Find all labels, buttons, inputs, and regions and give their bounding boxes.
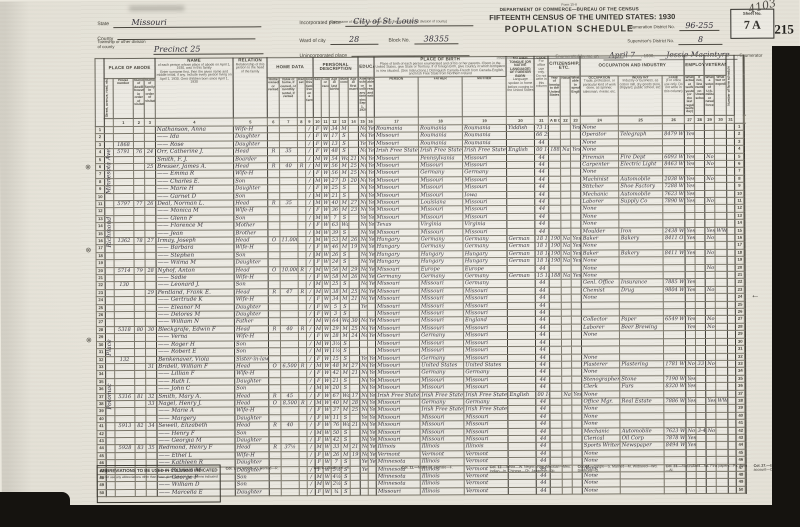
cell-en <box>572 443 582 450</box>
cell-ln2: 42 <box>736 427 745 434</box>
cell-val: 6,500 <box>281 363 299 371</box>
cell-ln2: 37 <box>736 390 745 397</box>
cell-na: Na <box>561 257 571 264</box>
cell-sx: F <box>314 303 322 310</box>
cell-ln: 4 <box>95 149 104 156</box>
cell-cr: W <box>322 296 330 303</box>
cell-rd <box>298 281 306 288</box>
cell-im: 1907 <box>549 235 561 242</box>
cell-ue <box>696 434 706 441</box>
color-subheader: Color or race <box>321 77 329 117</box>
abbreviation-col-label: Col. 14.— <box>578 465 594 469</box>
cell-wr: WW <box>716 397 728 404</box>
cell-ab: 44 <box>535 198 549 205</box>
cell-ms: M <box>340 273 349 280</box>
cell-ag: 7 <box>330 214 340 221</box>
cell-ue <box>696 412 706 419</box>
cell-ue <box>696 449 706 456</box>
cell-mt <box>508 332 536 340</box>
cell-val: 8,500 <box>281 400 299 408</box>
cell-en <box>572 376 582 383</box>
cell-vt: No <box>705 249 715 256</box>
cell-pf: Irish Free State <box>420 406 464 414</box>
cell-vt <box>706 449 716 456</box>
cell-val: 11,000 <box>280 237 298 245</box>
cell-ln2: 2 <box>735 131 744 138</box>
margin-x-mark: ⊗ <box>85 163 91 171</box>
cell-sx: F <box>315 414 323 421</box>
cell-wk: Yes <box>685 183 695 190</box>
cell-am <box>350 436 360 443</box>
cell-rd <box>299 392 307 399</box>
cell-sc: No <box>359 155 367 162</box>
cell-na <box>562 443 572 450</box>
cell-hn <box>115 378 135 386</box>
cell-cr: W <box>322 273 330 280</box>
cell-fs <box>727 153 735 160</box>
cell-na: Na <box>561 235 571 242</box>
cell-rw: Yes <box>367 251 375 258</box>
cell-or <box>268 259 280 266</box>
cell-ms: M <box>340 207 349 214</box>
cell-st <box>105 208 114 215</box>
cell-na <box>561 154 571 161</box>
cell-en <box>572 383 582 390</box>
cell-vt <box>705 205 715 212</box>
cell-wr <box>715 279 727 286</box>
cell-cr: W <box>322 199 330 206</box>
cell-mt <box>507 169 535 177</box>
cell-vt <box>706 346 716 353</box>
cell-en <box>571 220 581 227</box>
cell-na <box>562 361 572 368</box>
cell-wr <box>716 442 728 449</box>
cell-sx: M <box>314 199 322 206</box>
dwelling-number-subheader: Number of dwelling house in order of vis… <box>133 78 144 118</box>
cell-fr <box>307 436 315 443</box>
cell-ln2: 20 <box>735 264 744 271</box>
cell-ln2: 17 <box>735 242 744 249</box>
cell-hn: 132 <box>115 356 135 364</box>
cell-ab: 44 <box>536 428 550 435</box>
cell-ln2: 31 <box>736 345 745 352</box>
cell-ag: 5 <box>330 303 340 310</box>
cell-or <box>268 333 280 340</box>
column-number: 1 <box>113 118 133 126</box>
cell-dw <box>134 319 145 326</box>
cell-vt <box>705 190 715 197</box>
cell-rw: Yes <box>368 429 376 436</box>
cell-rel: Sister-in-law <box>235 355 269 363</box>
cell-ln: 6 <box>96 164 105 171</box>
cell-ab: 44 <box>535 169 549 176</box>
cell-rd <box>299 422 307 429</box>
cell-dw: 76 <box>133 149 144 156</box>
cell-cr: W <box>322 251 330 258</box>
cell-vt <box>706 420 716 427</box>
cell-im <box>550 332 562 339</box>
cell-fm: 25 <box>145 163 156 170</box>
cell-wk: Yes <box>686 316 696 323</box>
margin-x-mark: ⊗ <box>86 336 92 344</box>
veteran-yn-subheader: Whether a veteran of U.S. military or na… <box>704 75 714 115</box>
cell-sx: F <box>315 407 323 414</box>
column-number: 3 <box>144 118 155 126</box>
cell-mt <box>508 354 536 362</box>
cell-hn: 5791 <box>113 149 133 157</box>
marital-subheader: Marital condition <box>339 77 348 117</box>
cell-rd <box>298 229 306 236</box>
cell-val <box>280 155 298 163</box>
cell-ue <box>695 234 705 241</box>
cell-wr <box>716 375 728 382</box>
cell-ln: 18 <box>96 252 105 259</box>
cell-val <box>280 214 298 222</box>
cell-en <box>572 354 582 361</box>
cell-ln: 29 <box>96 334 105 341</box>
cell-fr <box>306 148 314 155</box>
cell-ue <box>696 323 706 330</box>
cell-rw: Yes <box>368 414 376 421</box>
abbreviations-title: ABBREVIATIONS TO BE USED IN COLUMNS INDI… <box>100 468 218 474</box>
cell-ag: 25 <box>330 185 340 192</box>
cell-am: 25 <box>350 407 360 414</box>
cell-fs <box>728 353 736 360</box>
cell-na <box>562 317 572 324</box>
cell-en <box>571 294 581 301</box>
cell-mt <box>507 132 535 140</box>
cell-am <box>349 303 359 310</box>
cell-hn: 5928 <box>115 445 135 453</box>
cell-ms: S <box>340 192 349 199</box>
cell-ue <box>695 249 705 256</box>
cell-or <box>268 177 280 184</box>
cell-cr: W <box>322 288 330 295</box>
cell-rw: Yes <box>368 399 376 406</box>
cell-wr <box>715 249 727 256</box>
cell-vt: No <box>705 264 715 271</box>
cell-cd <box>664 323 686 331</box>
veteran-war-subheader: What war or expedition <box>714 75 726 115</box>
cell-vt <box>705 279 715 286</box>
line-number-header-right <box>734 55 743 123</box>
cell-cr: W <box>322 318 330 325</box>
cell-na <box>561 287 571 294</box>
cell-sx: F <box>314 148 322 155</box>
occupation-industry-header: OCCUPATION AND INDUSTRY <box>580 56 684 76</box>
cell-rw: Yes <box>368 318 376 325</box>
cell-rw: Yes <box>367 258 375 265</box>
cell-en <box>571 287 581 294</box>
cell-im <box>550 428 562 435</box>
cell-cd <box>664 301 686 309</box>
cell-ms: S <box>341 414 350 421</box>
cell-rd <box>298 207 306 214</box>
cell-rw: Yes <box>367 177 375 184</box>
cell-am: 19 <box>349 244 359 251</box>
cell-wr <box>716 301 728 308</box>
cell-fr <box>306 318 314 325</box>
cell-mt <box>507 221 535 229</box>
cell-ab: 15 15 X <box>535 272 549 279</box>
cell-sx: F <box>314 311 322 318</box>
cell-wr <box>716 323 728 330</box>
cell-ln2: 38 <box>736 397 745 404</box>
cell-wk <box>685 205 695 212</box>
cell-sc: No <box>360 384 368 391</box>
cell-na <box>562 435 572 442</box>
cell-na <box>561 220 571 227</box>
cell-ag: 53 <box>330 236 340 243</box>
cell-rd <box>298 177 306 184</box>
department-line: DEPARTMENT OF COMMERCE—BUREAU OF THE CEN… <box>489 6 649 12</box>
cell-fr <box>305 140 313 147</box>
cell-hn <box>113 126 133 134</box>
cell-cd: 8494 W <box>664 442 686 450</box>
cell-am: 25 <box>349 325 359 332</box>
cell-ag: 26 <box>331 451 341 458</box>
cell-fm: 33 <box>146 400 157 407</box>
cell-dw: 79 <box>134 267 145 274</box>
cell-wk: Yes <box>686 375 696 382</box>
cell-wk: Yes <box>685 198 695 205</box>
cell-st <box>105 252 114 259</box>
cell-im: 1907 <box>549 243 561 250</box>
cell-cr: W <box>322 311 330 318</box>
cell-hn <box>114 223 134 231</box>
cell-cd: 1781 W <box>664 360 686 368</box>
cell-rd <box>299 444 307 451</box>
cell-wr <box>715 183 727 190</box>
cell-vt <box>705 168 715 175</box>
immigration-year-subheader: Year of immigration to the United States <box>548 76 560 116</box>
cell-ab: 44 <box>536 376 550 383</box>
cell-ln2: 10 <box>735 190 744 197</box>
cell-en <box>571 161 581 168</box>
page-stamp: 215 <box>774 22 794 38</box>
cell-vt: No <box>705 197 715 204</box>
cell-ab: 44 <box>535 265 549 272</box>
cell-na: Na <box>561 146 571 153</box>
cell-or <box>269 385 281 392</box>
cell-ab: 44 <box>535 228 549 235</box>
cell-mt <box>507 228 535 236</box>
cell-hn <box>114 289 134 297</box>
cell-cr: W <box>323 370 331 377</box>
cell-cr: W <box>323 333 331 340</box>
cell-sx: M <box>314 281 322 288</box>
cell-fm <box>145 334 156 341</box>
cell-ab: 18 17 X <box>535 243 549 250</box>
cell-rw: Yes <box>367 184 375 191</box>
cell-ms: M <box>341 399 350 406</box>
cell-mt <box>507 280 535 288</box>
cell-na <box>561 124 571 131</box>
cell-ln2: 40 <box>736 412 745 419</box>
cell-vt <box>706 390 716 397</box>
cell-fr <box>307 399 315 406</box>
occupation-code-subheader: CODE (For office use only. Do not write … <box>662 75 684 115</box>
cell-ag: 20 <box>331 385 341 392</box>
cell-dw: 78 <box>134 237 145 244</box>
at-work-subheader: Whether actually at work yesterday (or t… <box>684 75 694 115</box>
cell-fr <box>306 214 314 221</box>
cell-or: R <box>268 289 280 296</box>
cell-wk: Yes <box>685 153 695 160</box>
cell-wr <box>715 205 727 212</box>
cell-wk <box>686 346 696 353</box>
cell-vt: No <box>705 160 715 167</box>
cell-mt <box>507 184 535 192</box>
cell-ag: 28 <box>331 333 341 340</box>
cell-ag: 40 <box>331 399 341 406</box>
cell-cd: 2038 W <box>663 175 685 183</box>
cell-fr <box>307 392 315 399</box>
cell-fm: 34 <box>146 423 157 430</box>
cell-rw: Yes <box>367 266 375 273</box>
cell-na <box>561 280 571 287</box>
cell-na <box>562 331 572 338</box>
cell-ln: 23 <box>96 289 105 296</box>
cell-rw: Yes <box>368 392 376 399</box>
cell-ln: 12 <box>96 208 105 215</box>
cell-val <box>280 229 298 237</box>
cell-ab: 00 14 X <box>535 146 549 153</box>
cell-ln2: 32 <box>736 353 745 360</box>
cell-or <box>269 377 281 384</box>
column-number: 14 <box>348 117 358 125</box>
cell-ue <box>696 390 706 397</box>
cell-am: 27 <box>349 199 359 206</box>
cell-ue <box>695 183 705 190</box>
cell-rw <box>368 347 376 354</box>
cell-dw <box>134 260 145 267</box>
cell-en: Yes <box>571 235 581 242</box>
cell-ue <box>695 242 705 249</box>
cell-mt <box>507 206 535 214</box>
cell-val: 10,000 <box>280 266 298 274</box>
cell-fs <box>727 123 735 130</box>
cell-ln2: 34 <box>736 368 745 375</box>
cell-fs <box>727 131 735 138</box>
cell-fm <box>145 245 156 252</box>
cell-rw: Yes <box>367 236 375 243</box>
cell-dw <box>133 141 144 148</box>
cell-na <box>561 169 571 176</box>
cell-mt: Yiddish <box>507 124 535 132</box>
cell-sc: No <box>359 162 367 169</box>
abbreviation-col-label: Col. 9.— <box>314 466 328 470</box>
cell-or <box>269 340 281 347</box>
cell-fs <box>728 345 736 352</box>
cell-vt <box>705 183 715 190</box>
cell-vt <box>706 338 716 345</box>
cell-sc: No <box>360 407 368 414</box>
cell-dw <box>134 230 145 237</box>
cell-rw: Yes <box>367 207 375 214</box>
cell-mt <box>508 361 536 369</box>
cell-fs <box>728 301 736 308</box>
cell-rd <box>298 311 306 318</box>
cell-or <box>268 303 280 310</box>
cell-pf: Irish Free State <box>420 391 464 399</box>
scan-smudge <box>129 6 184 11</box>
cell-fm <box>144 126 155 133</box>
cell-ue <box>696 316 706 323</box>
cell-ms: M <box>340 266 349 273</box>
cell-st <box>106 430 115 437</box>
cell-hn <box>114 156 134 164</box>
cell-val: 35 <box>280 200 298 208</box>
cell-fr <box>307 362 315 369</box>
cell-dw <box>134 223 145 230</box>
cell-ms: M <box>340 162 349 169</box>
cell-im <box>550 443 562 450</box>
cell-ln2: 25 <box>736 301 745 308</box>
age-married-subheader: Age at first marriage <box>348 77 358 117</box>
cell-en <box>571 191 581 198</box>
cell-cr: W <box>323 414 331 421</box>
cell-wk <box>686 353 696 360</box>
cell-fr <box>307 348 315 355</box>
cell-rw: Yes <box>368 421 376 428</box>
cell-sx: F <box>315 392 323 399</box>
cell-ag: 29 <box>330 325 340 332</box>
cell-en: Yes <box>572 391 582 398</box>
read-write-subheader: Whether able to read and write <box>366 77 374 117</box>
cell-fm: 31 <box>146 363 157 370</box>
cell-fm <box>145 319 156 326</box>
cell-dw <box>134 304 145 311</box>
cell-oc: Genl. Office <box>581 279 619 287</box>
cell-cr: W <box>323 362 331 369</box>
cell-mt <box>507 302 535 310</box>
cell-ab: 44 <box>536 361 550 368</box>
cell-cr: W <box>322 244 330 251</box>
column-number: 20 <box>507 116 535 124</box>
cell-hn <box>115 430 135 438</box>
cell-wr <box>716 308 728 315</box>
cell-rd <box>299 429 307 436</box>
cell-sx: M <box>314 251 322 258</box>
margin-arrow-mark: ← <box>751 290 760 300</box>
cell-ue <box>695 131 705 138</box>
cell-hn: 1362 <box>114 237 134 245</box>
cell-dw <box>135 452 146 459</box>
cell-dw <box>135 437 146 444</box>
cell-vt <box>705 138 715 145</box>
cell-fr <box>306 251 314 258</box>
cell-en: Yes <box>571 272 581 279</box>
cell-ue <box>695 294 705 301</box>
cell-am <box>349 184 359 191</box>
cell-ln: 7 <box>96 171 105 178</box>
cell-sc: No <box>360 436 368 443</box>
cell-vt <box>706 331 716 338</box>
cell-or: R <box>268 200 280 207</box>
cell-fr <box>306 185 314 192</box>
cell-rw: Yes <box>367 162 375 169</box>
cell-ln: 20 <box>96 267 105 274</box>
cell-cd <box>664 405 686 413</box>
cell-sx: F <box>314 185 322 192</box>
cell-ag: 46 <box>330 244 340 251</box>
cell-ab: 44 <box>536 435 550 442</box>
cell-ue <box>696 309 706 316</box>
abbreviations-title-box: ABBREVIATIONS TO BE USED IN COLUMNS INDI… <box>97 465 221 504</box>
cell-en <box>571 154 581 161</box>
cell-ln2: 27 <box>736 316 745 323</box>
